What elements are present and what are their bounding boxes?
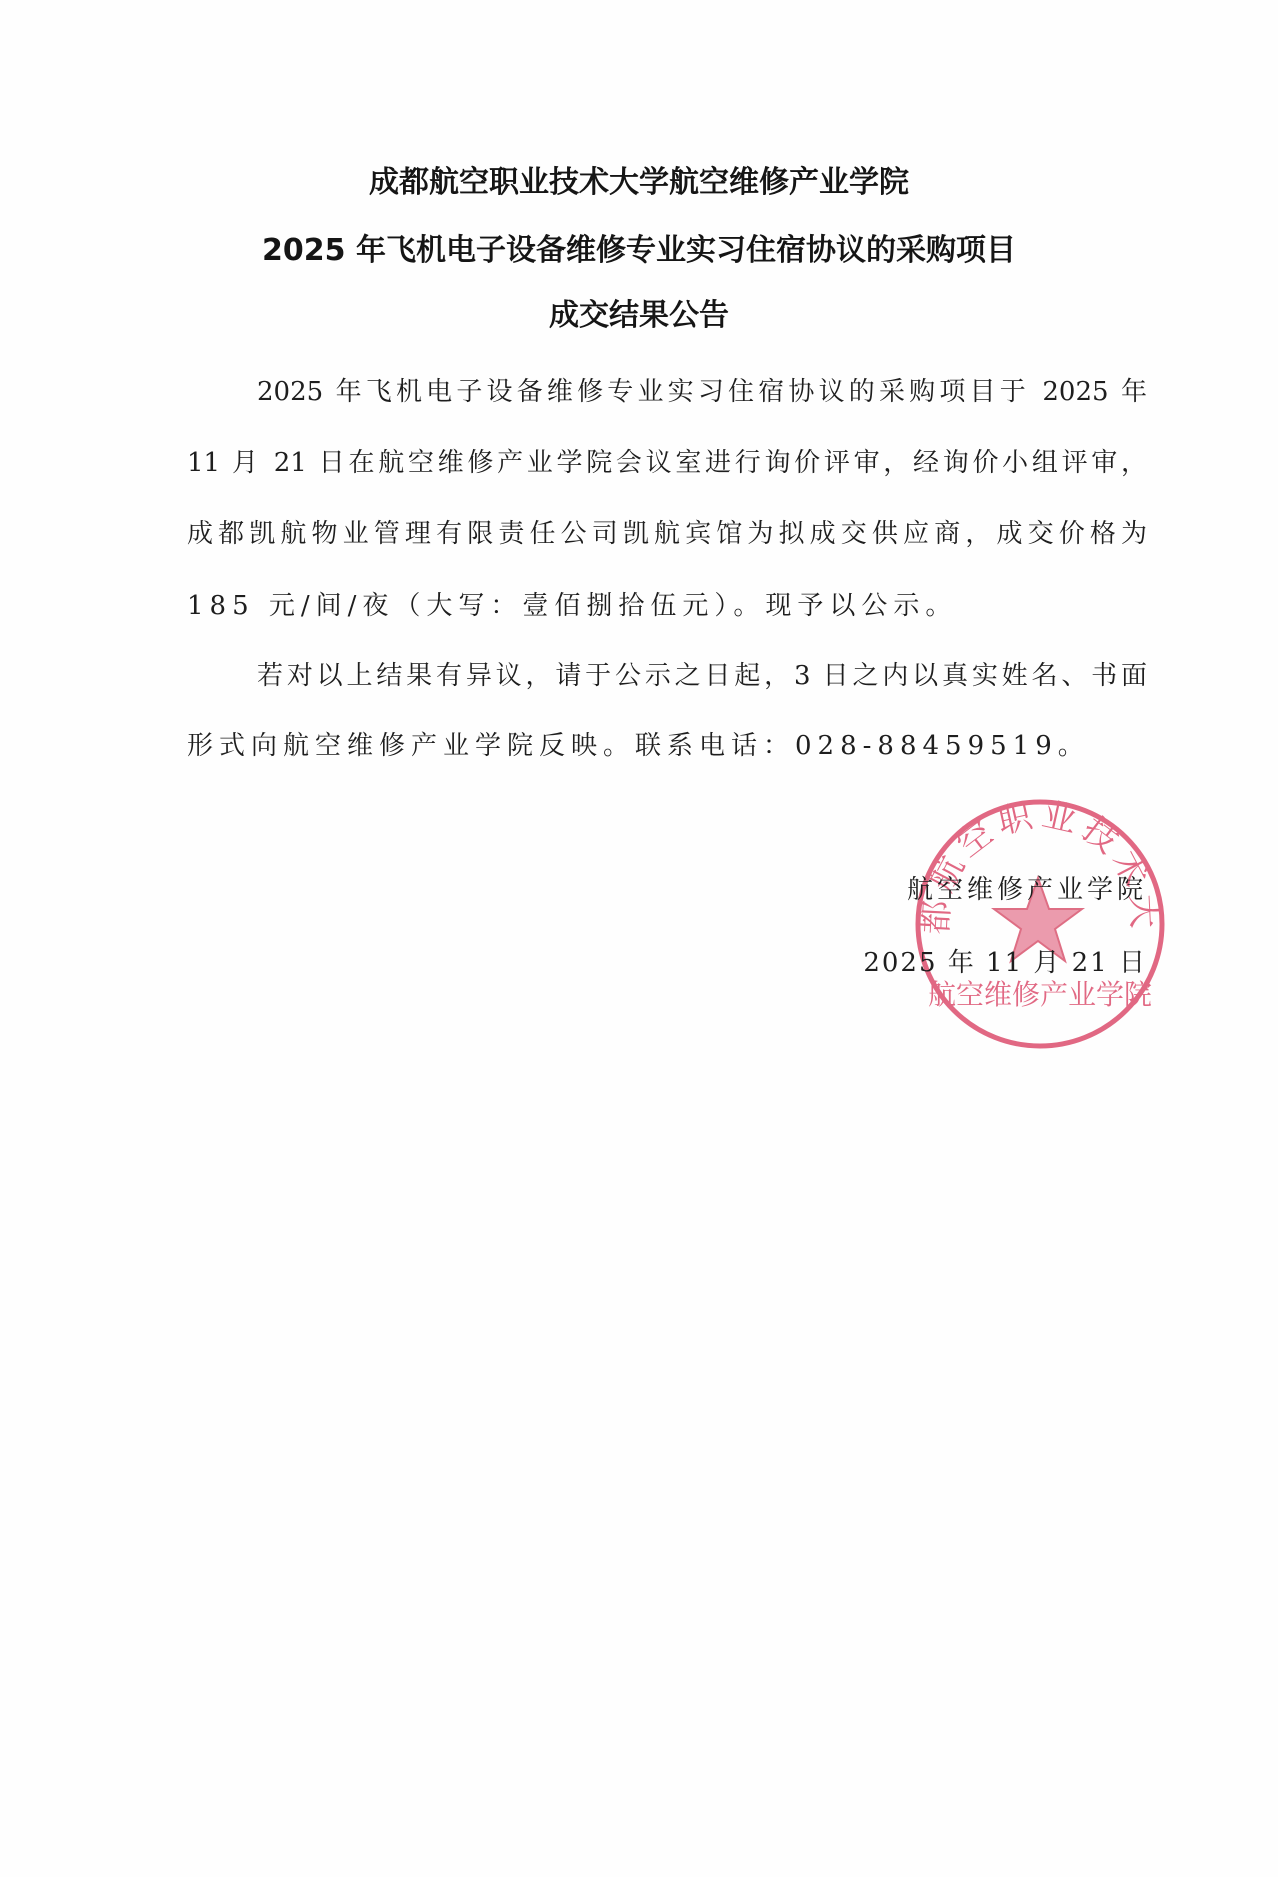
official-seal: 成都航空职业技术大学 航空维修产业学院 bbox=[912, 796, 1168, 1052]
title-project: 2025 年飞机电子设备维修专业实习住宿协议的采购项目 bbox=[0, 233, 1278, 269]
body-paragraph-1-line-1: 2025 年飞机电子设备维修专业实习住宿协议的采购项目于 2025 年 bbox=[257, 376, 1147, 408]
body-paragraph-2-line-2: 形式向航空维修产业学院反映。联系电话：028-88459519。 bbox=[187, 730, 1147, 762]
title-institution: 成都航空职业技术大学航空维修产业学院 bbox=[0, 165, 1278, 201]
body-paragraph-1-line-3: 成都凯航物业管理有限责任公司凯航宾馆为拟成交供应商，成交价格为 bbox=[187, 518, 1147, 550]
body-paragraph-1-line-2: 11 月 21 日在航空维修产业学院会议室进行询价评审，经询价小组评审， bbox=[187, 447, 1147, 479]
signature-date: 2025 年 11 月 21 日 bbox=[840, 947, 1147, 979]
seal-inner-text: 航空维修产业学院 bbox=[928, 978, 1152, 1011]
document-page: 成都航空职业技术大学航空维修产业学院 2025 年飞机电子设备维修专业实习住宿协… bbox=[0, 0, 1278, 1877]
body-paragraph-1-line-4: 185 元/间/夜（大写：壹佰捌拾伍元）。现予以公示。 bbox=[187, 590, 1147, 622]
title-announcement: 成交结果公告 bbox=[0, 298, 1278, 334]
signature-organization: 航空维修产业学院 bbox=[880, 874, 1147, 906]
body-paragraph-2-line-1: 若对以上结果有异议，请于公示之日起，3 日之内以真实姓名、书面 bbox=[257, 660, 1147, 692]
